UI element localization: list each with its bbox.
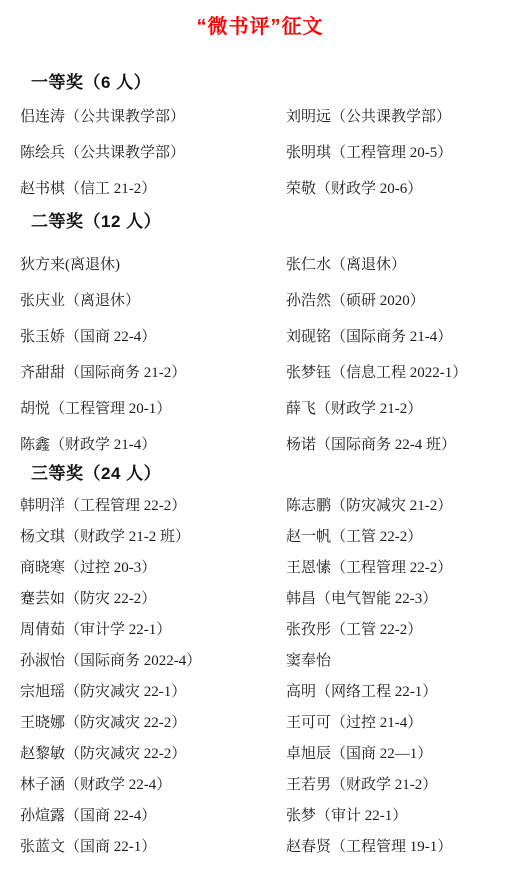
winner-row: 张玉娇（国商 22-4）刘砚铭（国际商务 21-4） [0,317,520,353]
winner-entry: 赵黎敏（防灾减灾 22-2） [20,742,286,763]
winner-row: 杨文琪（财政学 21-2 班）赵一帆（工管 22-2） [0,520,520,551]
winner-rows: 韩明洋（工程管理 22-2）陈志鹏（防灾减灾 21-2）杨文琪（财政学 21-2… [0,489,520,861]
winner-rows: 侣连涛（公共课教学部）刘明远（公共课教学部）陈绘兵（公共课教学部）张明琪（工程管… [0,97,520,205]
winner-entry: 高明（网络工程 22-1） [286,680,520,701]
winner-entry: 陈志鹏（防灾减灾 21-2） [286,494,520,515]
winner-entry: 侣连涛（公共课教学部） [20,105,286,126]
winner-row: 张庆业（离退休）孙浩然（硕研 2020） [0,281,520,317]
winner-entry: 王恩愫（工程管理 22-2） [286,556,520,577]
winner-entry: 窦奉怡 [286,649,520,670]
winner-entry: 刘明远（公共课教学部） [286,105,520,126]
winner-row: 王晓娜（防灾减灾 22-2）王可可（过控 21-4） [0,706,520,737]
winner-entry: 孙淑怡（国际商务 2022-4） [20,649,286,670]
winner-entry: 张明琪（工程管理 20-5） [286,141,520,162]
winner-entry: 赵春贤（工程管理 19-1） [286,835,520,856]
winner-row: 赵黎敏（防灾减灾 22-2）卓旭辰（国商 22—1） [0,737,520,768]
winner-row: 齐甜甜（国际商务 21-2）张梦钰（信息工程 2022-1） [0,353,520,389]
winner-row: 孙煊露（国商 22-4）张梦（审计 22-1） [0,799,520,830]
winner-row: 林子涵（财政学 22-4）王若男（财政学 21-2） [0,768,520,799]
winner-row: 商晓寒（过控 20-3）王恩愫（工程管理 22-2） [0,551,520,582]
winner-entry: 张孜彤（工管 22-2） [286,618,520,639]
award-sections: 一等奖（6 人）侣连涛（公共课教学部）刘明远（公共课教学部）陈绘兵（公共课教学部… [0,72,520,861]
winner-entry: 刘砚铭（国际商务 21-4） [286,325,520,346]
winner-entry: 杨诺（国际商务 22-4 班） [286,433,520,454]
winner-entry: 张玉娇（国商 22-4） [20,325,286,346]
winner-entry: 荣敬（财政学 20-6） [286,177,520,198]
winner-entry: 宗旭瑶（防灾减灾 22-1） [20,680,286,701]
winner-rows: 狄方来(离退休)张仁水（离退休）张庆业（离退休）孙浩然（硕研 2020）张玉娇（… [0,245,520,461]
winner-row: 胡悦（工程管理 20-1）薛飞（财政学 21-2） [0,389,520,425]
section-heading: 三等奖（24 人） [0,463,520,485]
section-heading: 一等奖（6 人） [0,72,520,94]
winner-entry: 卓旭辰（国商 22—1） [286,742,520,763]
winner-entry: 王晓娜（防灾减灾 22-2） [20,711,286,732]
document-page: “微书评”征文 一等奖（6 人）侣连涛（公共课教学部）刘明远（公共课教学部）陈绘… [0,0,520,871]
winner-entry: 张梦（审计 22-1） [286,804,520,825]
winner-entry: 张仁水（离退休） [286,253,520,274]
winner-entry: 商晓寒（过控 20-3） [20,556,286,577]
winner-entry: 陈绘兵（公共课教学部） [20,141,286,162]
winner-row: 蹇芸如（防灾 22-2）韩昌（电气智能 22-3） [0,582,520,613]
winner-entry: 王若男（财政学 21-2） [286,773,520,794]
winner-entry: 张庆业（离退休） [20,289,286,310]
page-title: “微书评”征文 [0,0,520,40]
winner-entry: 张蓝文（国商 22-1） [20,835,286,856]
winner-entry: 张梦钰（信息工程 2022-1） [286,361,520,382]
winner-row: 侣连涛（公共课教学部）刘明远（公共课教学部） [0,97,520,133]
winner-entry: 陈鑫（财政学 21-4） [20,433,286,454]
winner-entry: 韩昌（电气智能 22-3） [286,587,520,608]
winner-entry: 韩明洋（工程管理 22-2） [20,494,286,515]
winner-entry: 胡悦（工程管理 20-1） [20,397,286,418]
winner-row: 陈绘兵（公共课教学部）张明琪（工程管理 20-5） [0,133,520,169]
winner-entry: 杨文琪（财政学 21-2 班） [20,525,286,546]
winner-row: 赵书棋（信工 21-2）荣敬（财政学 20-6） [0,169,520,205]
winner-entry: 薛飞（财政学 21-2） [286,397,520,418]
winner-row: 宗旭瑶（防灾减灾 22-1）高明（网络工程 22-1） [0,675,520,706]
winner-entry: 齐甜甜（国际商务 21-2） [20,361,286,382]
winner-entry: 林子涵（财政学 22-4） [20,773,286,794]
winner-row: 韩明洋（工程管理 22-2）陈志鹏（防灾减灾 21-2） [0,489,520,520]
winner-row: 狄方来(离退休)张仁水（离退休） [0,245,520,281]
winner-entry: 狄方来(离退休) [20,253,286,274]
winner-entry: 赵一帆（工管 22-2） [286,525,520,546]
winner-row: 孙淑怡（国际商务 2022-4）窦奉怡 [0,644,520,675]
section-heading: 二等奖（12 人） [0,211,520,233]
winner-row: 张蓝文（国商 22-1）赵春贤（工程管理 19-1） [0,830,520,861]
winner-entry: 周倩茹（审计学 22-1） [20,618,286,639]
winner-row: 周倩茹（审计学 22-1）张孜彤（工管 22-2） [0,613,520,644]
winner-entry: 蹇芸如（防灾 22-2） [20,587,286,608]
winner-entry: 孙煊露（国商 22-4） [20,804,286,825]
winner-row: 陈鑫（财政学 21-4）杨诺（国际商务 22-4 班） [0,425,520,461]
award-section-2: 二等奖（12 人）狄方来(离退休)张仁水（离退休）张庆业（离退休）孙浩然（硕研 … [0,211,520,461]
winner-entry: 孙浩然（硕研 2020） [286,289,520,310]
award-section-1: 一等奖（6 人）侣连涛（公共课教学部）刘明远（公共课教学部）陈绘兵（公共课教学部… [0,72,520,205]
winner-entry: 赵书棋（信工 21-2） [20,177,286,198]
award-section-3: 三等奖（24 人）韩明洋（工程管理 22-2）陈志鹏（防灾减灾 21-2）杨文琪… [0,463,520,861]
winner-entry: 王可可（过控 21-4） [286,711,520,732]
